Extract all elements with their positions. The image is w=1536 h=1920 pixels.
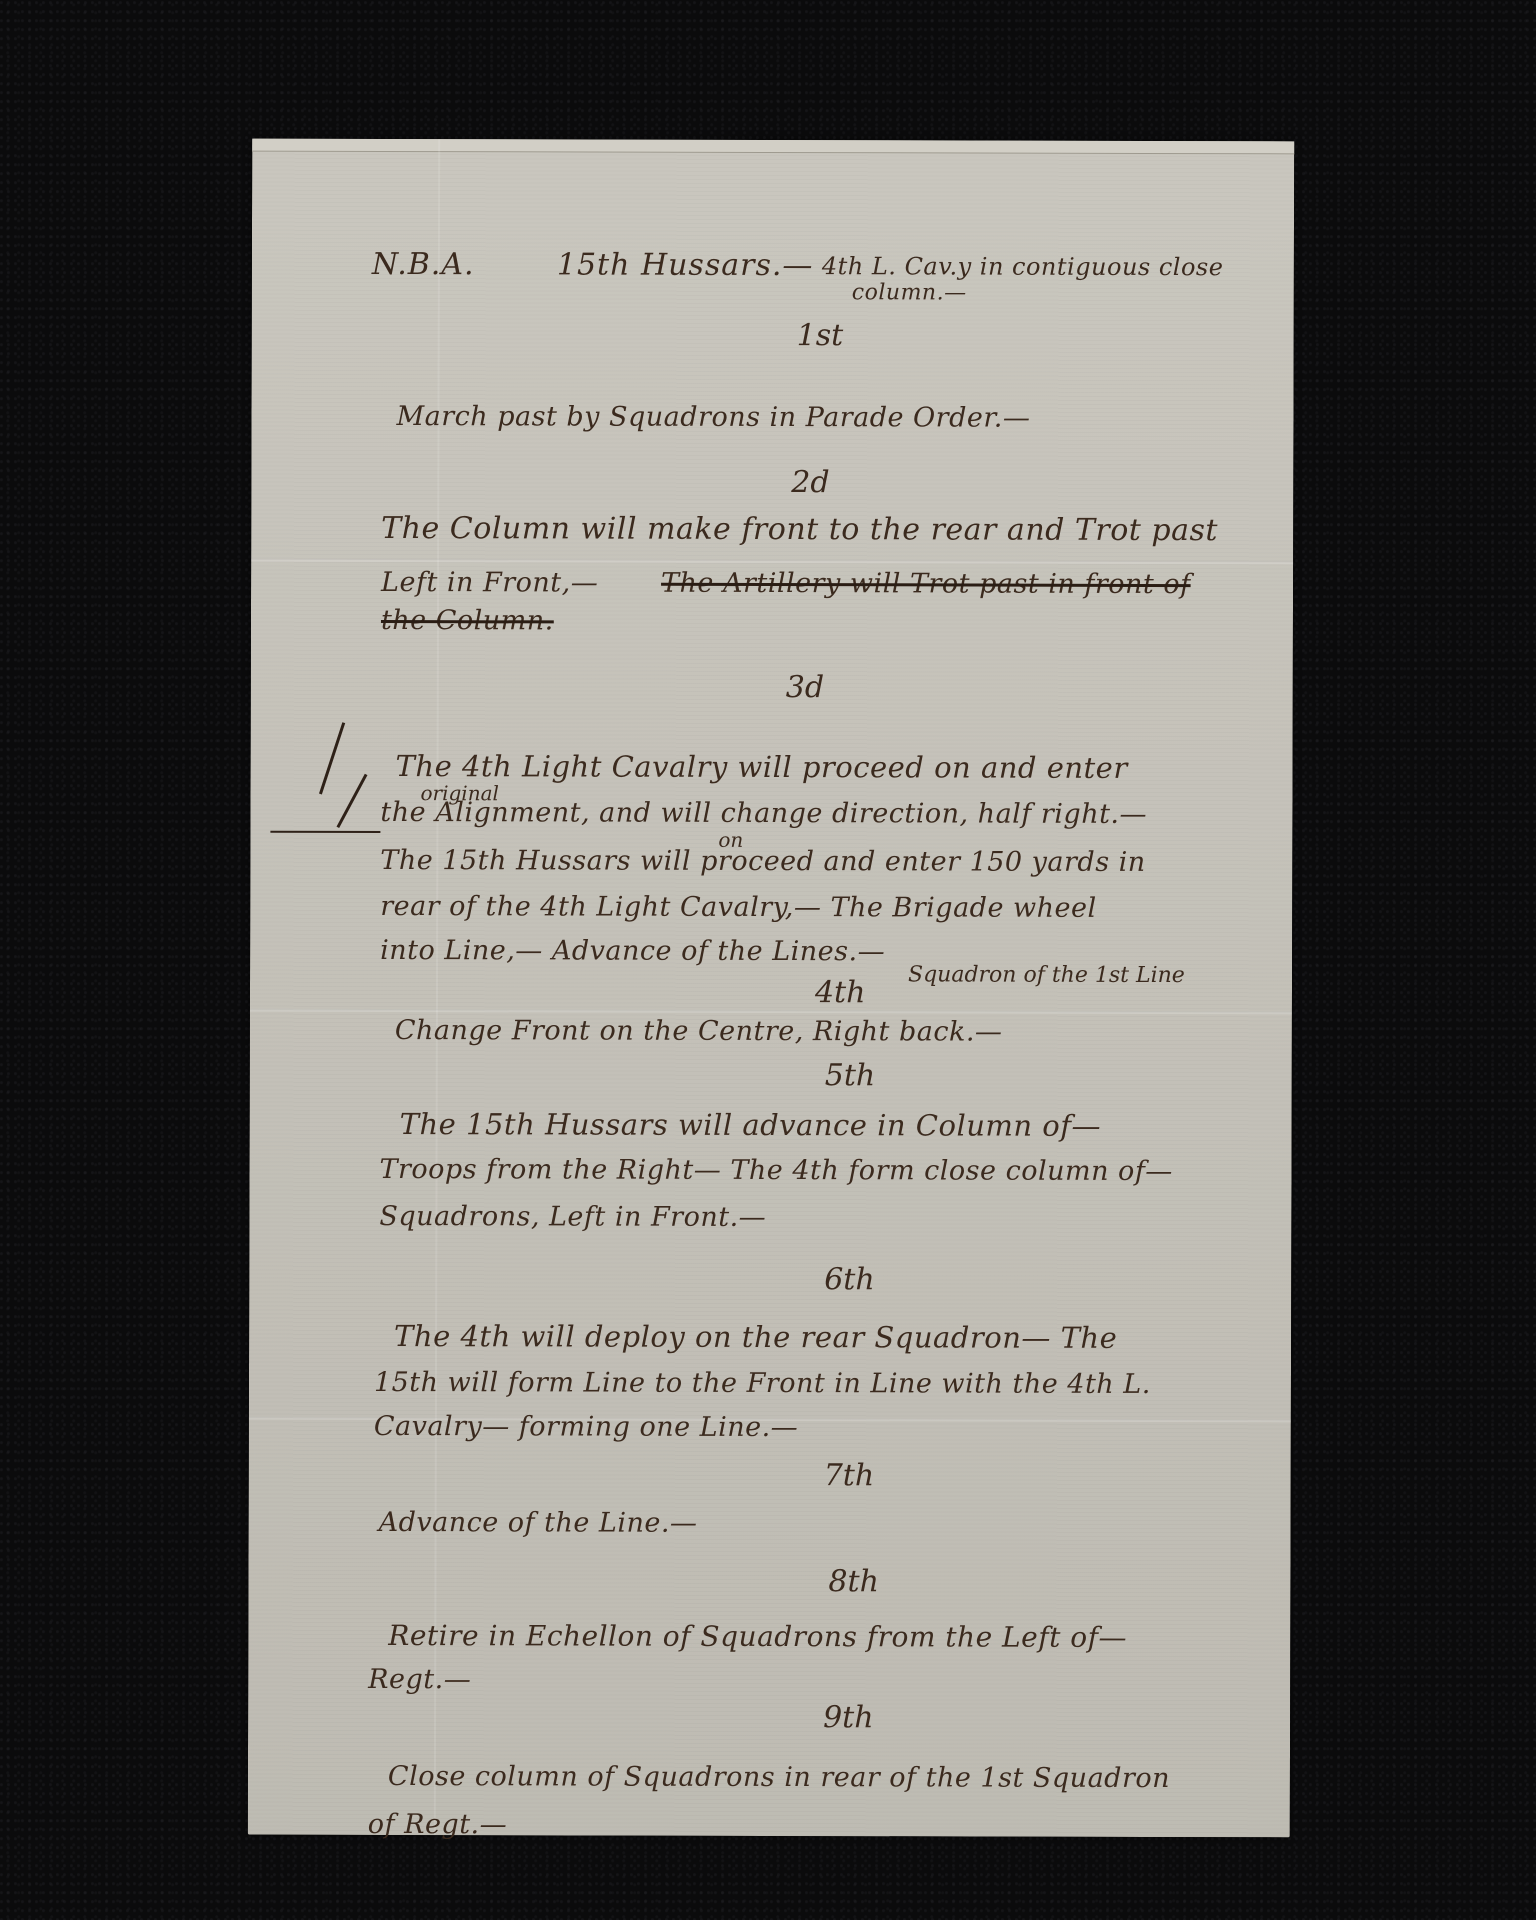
header-regiment-2-cont: column.— (852, 280, 967, 305)
section-number: 6th (824, 1262, 875, 1297)
section-line: Change Front on the Centre, Right back.— (395, 1015, 1003, 1048)
section-number: 1st (797, 318, 844, 353)
section-number: 8th (828, 1564, 879, 1599)
paper-top-flap (252, 139, 1294, 155)
margin-mark (337, 774, 368, 828)
section-line: into Line,— Advance of the Lines.— (380, 935, 885, 967)
section-number: 5th (825, 1058, 876, 1093)
margin-mark (319, 722, 345, 794)
section-number: 9th (823, 1700, 874, 1735)
section-line: Advance of the Line.— (379, 1507, 698, 1539)
insertion-text: Squadron of the 1st Line (908, 962, 1185, 988)
section-line: Retire in Echellon of Squadrons from the… (388, 1619, 1127, 1654)
section-line: The 15th Hussars will proceed and enter … (380, 845, 1145, 878)
section-line: the Alignment, and will change direction… (380, 797, 1147, 830)
header-regiment-2: 4th L. Cav.y in contiguous close (822, 252, 1224, 281)
section-line: March past by Squadrons in Parade Order.… (396, 401, 1030, 434)
section-number: 3d (786, 670, 824, 705)
section-line: The 4th Light Cavalry will proceed on an… (396, 749, 1128, 785)
horizontal-fold-crease (250, 1009, 1292, 1015)
manuscript-page: N.B.A. 15th Hussars.— 4th L. Cav.y in co… (248, 139, 1294, 1838)
section-number: 4th (815, 975, 866, 1010)
section-line: Close column of Squadrons in rear of the… (388, 1761, 1170, 1794)
section-number: 2d (791, 465, 829, 500)
section-line: Regt.— (368, 1664, 471, 1695)
struck-line: The Artillery will Trot past in front of (661, 568, 1191, 600)
section-number: 7th (824, 1458, 875, 1493)
section-line: Cavalry— forming one Line.— (374, 1411, 798, 1443)
section-line: 15th will form Line to the Front in Line… (374, 1367, 1151, 1400)
section-line: The 15th Hussars will advance in Column … (400, 1107, 1101, 1143)
section-line: Squadrons, Left in Front.— (379, 1201, 766, 1233)
vertical-fold-crease (434, 139, 440, 1835)
section-line: The 4th will deploy on the rear Squadron… (394, 1319, 1117, 1355)
section-line: The Column will make front to the rear a… (381, 511, 1218, 548)
header-initials: N.B.A. (372, 247, 475, 282)
struck-line: the Column. (381, 605, 554, 636)
section-line: of Regt.— (368, 1809, 507, 1840)
section-line: Left in Front,— (381, 567, 598, 599)
section-line: rear of the 4th Light Cavalry,— The Brig… (380, 891, 1097, 924)
horizontal-fold-crease (251, 559, 1293, 565)
header-regiment-1: 15th Hussars.— (557, 247, 814, 283)
margin-mark (270, 831, 380, 833)
section-line: Troops from the Right— The 4th form clos… (379, 1154, 1172, 1187)
